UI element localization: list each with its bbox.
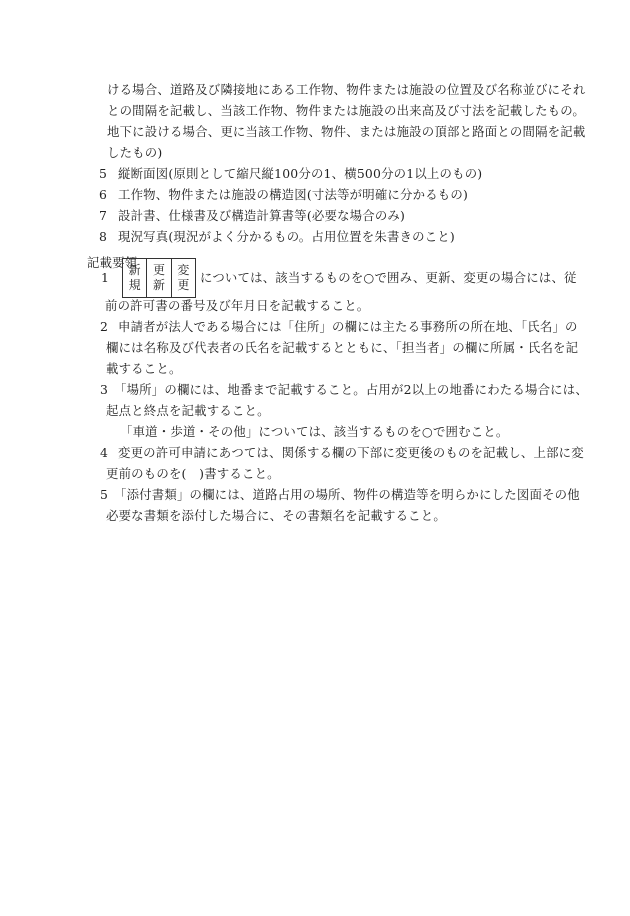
attachment-item-5: 縦断面図(原則として縮尺縦100分の1、横500分の1以上のもの) — [118, 164, 482, 184]
instruction-3-line-2: 起点と終点を記載すること。 — [106, 401, 270, 421]
attachment-number-5: 5 — [99, 164, 107, 184]
instruction-2-line-3: 載すること。 — [106, 359, 182, 379]
instruction-2-line-1: 申請者が法人である場合には「住所」の欄には主たる事務所の所在地、「氏名」の — [118, 317, 578, 337]
continuation-line-1: ける場合、道路及び隣接地にある工作物、物件または施設の位置及び名称並びにそれ — [107, 80, 585, 100]
instruction-number-5: 5 — [100, 485, 108, 505]
instruction-3-line-3: 「車道・歩道・その他」については、該当するものを○で囲むこと。 — [120, 422, 508, 442]
box-char: 新 — [129, 263, 141, 278]
attachment-number-7: 7 — [99, 206, 107, 226]
box-cell-new: 新 規 — [123, 259, 147, 297]
box-char: 更 — [177, 278, 189, 293]
instruction-number-3: 3 — [100, 380, 108, 400]
instruction-2-line-2: 欄には名称及び代表者の氏名を記載するとともに、「担当者」の欄に所属・氏名を記 — [106, 338, 578, 358]
instruction-4-line-2: 更前のものを( )書すること。 — [106, 464, 280, 484]
application-type-box: 新 規 更 新 変 更 — [122, 258, 196, 298]
attachment-number-6: 6 — [99, 185, 107, 205]
instruction-1-line-1: については、該当するものを○で囲み、更新、変更の場合には、従 — [200, 268, 577, 288]
continuation-line-4: したもの) — [107, 143, 162, 163]
box-cell-renewal: 更 新 — [147, 259, 171, 297]
instruction-5-line-1: 「添付書類」の欄には、道路占用の場所、物件の構造等を明らかにした図面その他 — [114, 485, 580, 505]
continuation-line-2: との間隔を記載し、当該工作物、物件または施設の出来高及び寸法を記載したもの。 — [107, 101, 585, 121]
instruction-number-4: 4 — [100, 443, 108, 463]
box-char: 規 — [129, 278, 141, 293]
attachment-item-8: 現況写真(現況がよく分かるもの。占用位置を朱書きのこと) — [118, 227, 455, 247]
instruction-number-1: 1 — [101, 268, 109, 288]
box-char: 新 — [153, 278, 165, 293]
instruction-1-line-2: 前の許可書の番号及び年月日を記載すること。 — [105, 296, 369, 316]
continuation-line-3: 地下に設ける場合、更に当該工作物、物件、または施設の頂部と路面との間隔を記載 — [107, 122, 585, 142]
instruction-5-line-2: 必要な書類を添付した場合に、その書類名を記載すること。 — [106, 506, 446, 526]
attachment-number-8: 8 — [99, 227, 107, 247]
instruction-3-line-1: 「場所」の欄には、地番まで記載すること。占用が2以上の地番にわたる場合には、 — [114, 380, 588, 400]
box-char: 更 — [153, 263, 165, 278]
instruction-4-line-1: 変更の許可申請にあつては、関係する欄の下部に変更後のものを記載し、上部に変 — [118, 443, 584, 463]
attachment-item-6: 工作物、物件または施設の構造図(寸法等が明確に分かるもの) — [118, 185, 468, 205]
instruction-number-2: 2 — [100, 317, 108, 337]
box-char: 変 — [177, 263, 189, 278]
box-cell-change: 変 更 — [172, 259, 195, 297]
attachment-item-7: 設計書、仕様書及び構造計算書等(必要な場合のみ) — [118, 206, 405, 226]
